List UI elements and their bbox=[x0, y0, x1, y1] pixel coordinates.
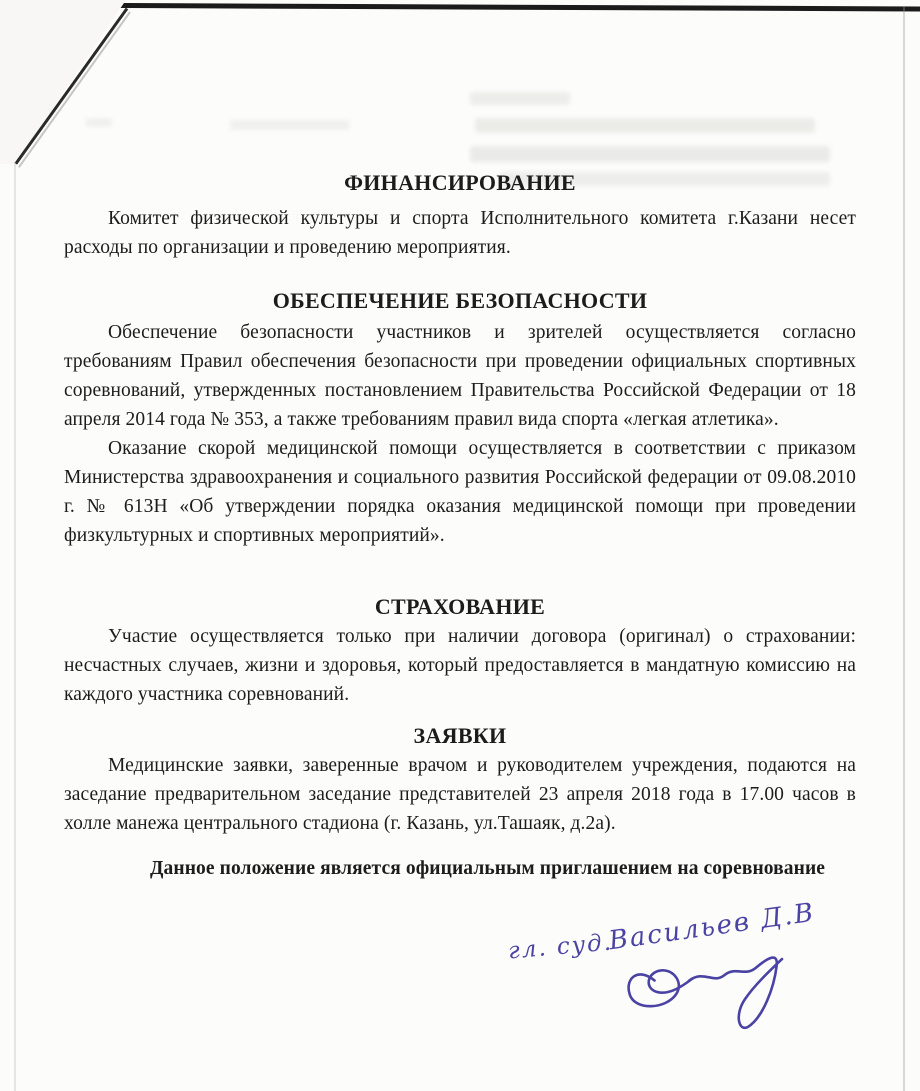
section-heading: ФИНАНСИРОВАНИЕ bbox=[64, 170, 856, 196]
section-financing: ФИНАНСИРОВАНИЕ Комитет физической культу… bbox=[64, 170, 856, 262]
section-security: ОБЕСПЕЧЕНИЕ БЕЗОПАСНОСТИ Обеспечение без… bbox=[64, 288, 856, 550]
paragraph: Обеспечение безопасности участников и зр… bbox=[64, 318, 856, 434]
paragraph: Комитет физической культуры и спорта Исп… bbox=[64, 204, 856, 262]
paragraph: Медицинские заявки, заверенные врачом и … bbox=[64, 751, 856, 838]
paragraph: Оказание скорой медицинской помощи осуще… bbox=[64, 434, 856, 550]
section-heading: СТРАХОВАНИЕ bbox=[64, 594, 856, 620]
handwritten-signature-role: гл. суд. bbox=[507, 929, 614, 964]
closing-statement: Данное положение является официальным пр… bbox=[64, 854, 856, 883]
signature-flourish bbox=[618, 936, 816, 1045]
scan-left-edge-line bbox=[14, 162, 16, 1091]
section-insurance: СТРАХОВАНИЕ Участие осуществляется тольк… bbox=[64, 594, 856, 709]
section-heading: ОБЕСПЕЧЕНИЕ БЕЗОПАСНОСТИ bbox=[64, 288, 856, 314]
paragraph: Участие осуществляется только при наличи… bbox=[64, 622, 856, 709]
document-body: ФИНАНСИРОВАНИЕ Комитет физической культу… bbox=[64, 0, 856, 883]
section-applications: ЗАЯВКИ Медицинские заявки, заверенные вр… bbox=[64, 723, 856, 838]
scanned-document-page: ФИНАНСИРОВАНИЕ Комитет физической культу… bbox=[0, 0, 920, 1091]
scan-right-edge-line bbox=[903, 6, 905, 1091]
section-heading: ЗАЯВКИ bbox=[64, 723, 856, 749]
